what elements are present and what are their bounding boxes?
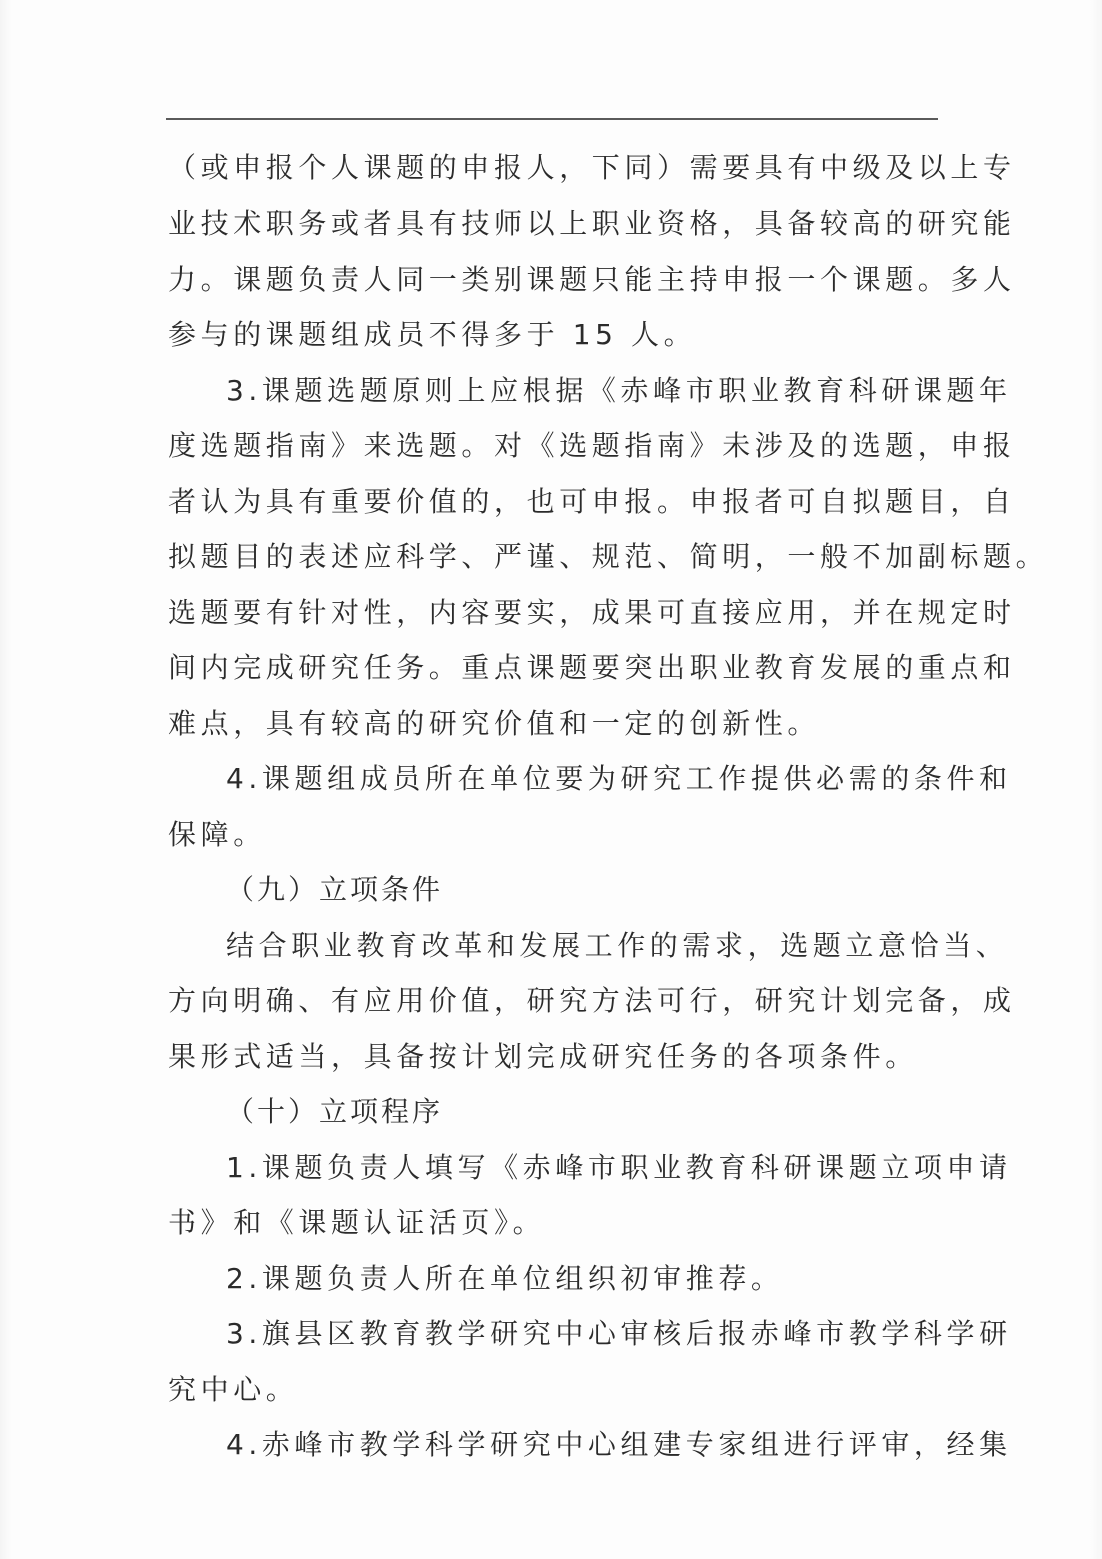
text-line: （或申报个人课题的申报人，下同）需要具有中级及以上专: [168, 151, 1016, 185]
text-line: 果形式适当，具备按计划完成研究任务的各项条件。: [168, 1040, 918, 1074]
text-line: 保障。: [168, 818, 266, 852]
text-line: 结合职业教育改革和发展工作的需求，选题立意恰当、: [226, 929, 1008, 963]
text-line: 1.课题负责人填写《赤峰市职业教育科研课题立项申请: [226, 1151, 1012, 1185]
text-line: 4.课题组成员所在单位要为研究工作提供必需的条件和: [226, 762, 1012, 796]
text-line: 间内完成研究任务。重点课题要突出职业教育发展的重点和: [168, 651, 1016, 685]
document-page: （或申报个人课题的申报人，下同）需要具有中级及以上专业技术职务或者具有技师以上职…: [0, 0, 1102, 1559]
section-heading: （十）立项程序: [226, 1095, 443, 1129]
text-line: 4.赤峰市教学科学研究中心组建专家组进行评审，经集: [226, 1428, 1012, 1462]
section-heading: （九）立项条件: [226, 873, 443, 907]
text-line: 力。课题负责人同一类别课题只能主持申报一个课题。多人: [168, 263, 1016, 297]
text-line: 参与的课题组成员不得多于 15 人。: [168, 318, 696, 352]
text-line: 3.课题选题原则上应根据《赤峰市职业教育科研课题年: [226, 374, 1012, 408]
header-rule: [166, 118, 938, 120]
text-line: 选题要有针对性，内容要实，成果可直接应用，并在规定时: [168, 596, 1016, 630]
text-line: 3.旗县区教育教学研究中心审核后报赤峰市教学科学研: [226, 1317, 1012, 1351]
text-line: 究中心。: [168, 1373, 298, 1407]
text-line: 书》和《课题认证活页》。: [168, 1206, 545, 1240]
text-line: 难点，具有较高的研究价值和一定的创新性。: [168, 707, 820, 741]
text-line: 2.课题负责人所在单位组织初审推荐。: [226, 1262, 784, 1296]
text-line: 方向明确、有应用价值，研究方法可行，研究计划完备，成: [168, 984, 1016, 1018]
text-line: 业技术职务或者具有技师以上职业资格，具备较高的研究能: [168, 207, 1016, 241]
text-line: 度选题指南》来选题。对《选题指南》未涉及的选题，申报: [168, 429, 1016, 463]
text-line: 者认为具有重要价值的，也可申报。申报者可自拟题目，自: [168, 485, 1016, 519]
text-line: 拟题目的表述应科学、严谨、规范、简明，一般不加副标题。: [168, 540, 1048, 574]
